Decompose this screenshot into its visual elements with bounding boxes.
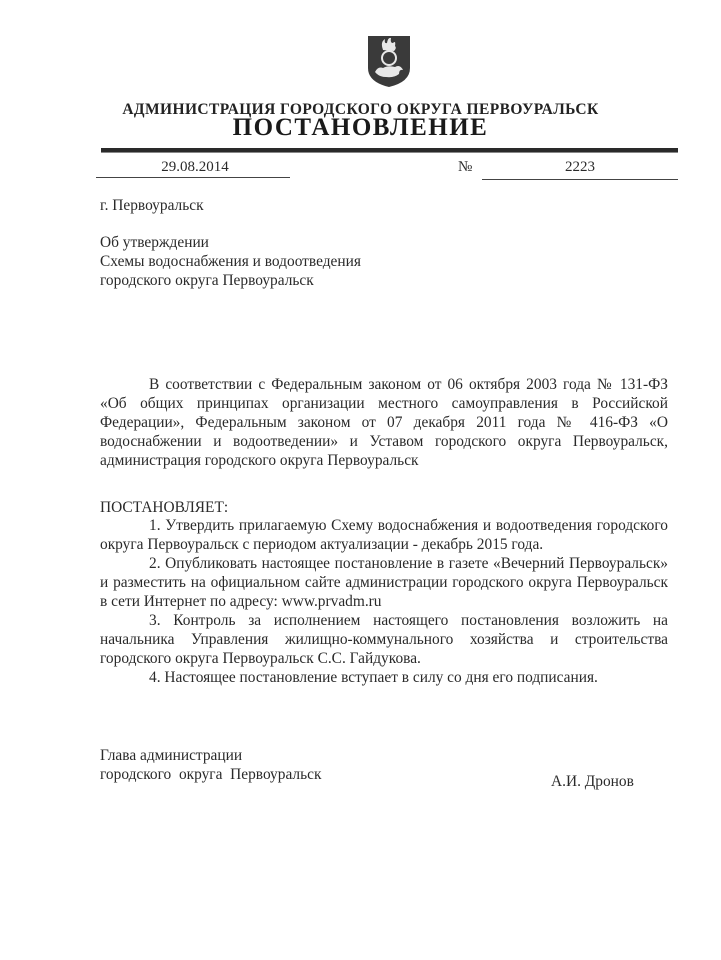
number-label: № xyxy=(458,159,472,176)
number-underline xyxy=(482,179,678,180)
resolution-item-4: 4. Настоящее постановление вступает в си… xyxy=(100,668,668,687)
document-type-title: ПОСТАНОВЛЕНИЕ xyxy=(0,114,721,142)
document-number: 2223 xyxy=(482,159,678,176)
document-subject: Об утверждении Схемы водоснабжения и вод… xyxy=(100,233,361,290)
preamble: В соответствии с Федеральным законом от … xyxy=(100,375,668,470)
subject-line: городского округа Первоуральск xyxy=(100,271,361,290)
position-line: Глава администрации xyxy=(100,746,321,765)
resolution-item-1: 1. Утвердить прилагаемую Схему водоснабж… xyxy=(100,516,668,554)
city: г. Первоуральск xyxy=(100,196,204,215)
document-date: 29.08.2014 xyxy=(100,159,290,176)
preamble-text: В соответствии с Федеральным законом от … xyxy=(100,375,668,470)
coat-of-arms-icon xyxy=(366,34,412,88)
position-line: городского округа Первоуральск xyxy=(100,765,321,784)
resolution-item-2: 2. Опубликовать настоящее постановление … xyxy=(100,554,668,611)
subject-line: Схемы водоснабжения и водоотведения xyxy=(100,252,361,271)
resolution-items: 1. Утвердить прилагаемую Схему водоснабж… xyxy=(100,516,668,687)
date-underline xyxy=(96,177,290,178)
header-divider xyxy=(101,148,678,153)
resolution-item-3: 3. Контроль за исполнением настоящего по… xyxy=(100,611,668,668)
resolves-label: ПОСТАНОВЛЯЕТ: xyxy=(100,498,228,517)
signatory-name: А.И. Дронов xyxy=(551,772,634,791)
subject-line: Об утверждении xyxy=(100,233,361,252)
signatory-position: Глава администрации городского округа Пе… xyxy=(100,746,321,784)
